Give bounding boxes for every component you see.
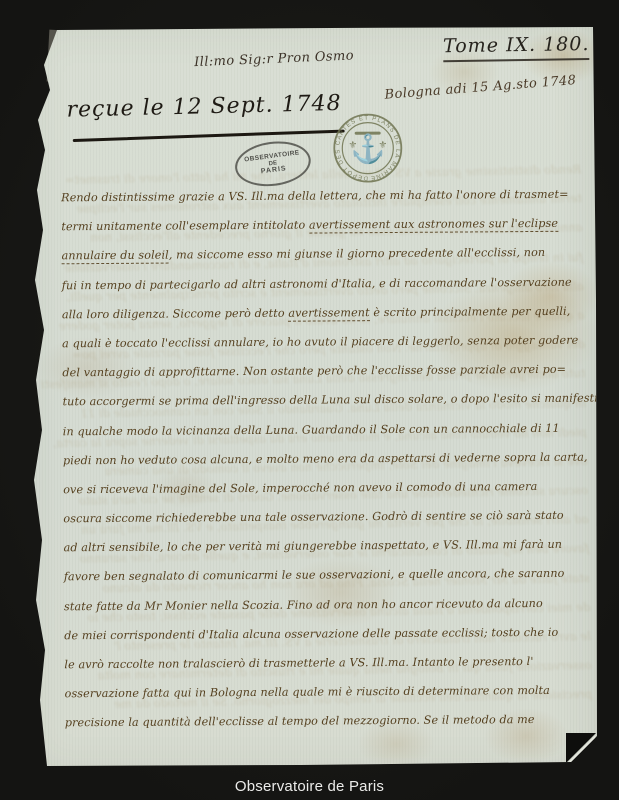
archive-caption: Observatoire de Paris <box>0 778 619 795</box>
received-note-underline <box>73 130 345 142</box>
letter-line: alla loro diligenza. Siccome però detto … <box>62 304 582 337</box>
line-text: tuto accorgermi se prima dell'ingresso d… <box>63 392 598 409</box>
line-text: osservazione fatta qui in Bologna nella … <box>65 684 550 700</box>
letter-line: annulaire du soleil, ma siccome esso mi … <box>62 246 582 279</box>
line-text: in qualche modo la vicinanza della Luna.… <box>63 421 560 437</box>
letter-line: osservazione fatta qui in Bologna nella … <box>65 684 585 717</box>
fleur-de-lis-icon: ⚜ <box>378 140 387 151</box>
letter-line: Rendo distintissime grazie a VS. Ill.ma … <box>61 188 581 221</box>
tome-folio-annotation: Tome IX. 180. <box>443 33 590 62</box>
letter-line: favore ben segnalato di comunicarmi le s… <box>64 567 584 600</box>
line-text: de miei corrispondenti d'Italia alcuna o… <box>64 626 558 642</box>
line-text: del vantaggio di approfittarne. Non osta… <box>62 363 566 380</box>
letter-line: piedi non ho veduto cosa alcuna, e molto… <box>63 450 583 483</box>
corner-fold-shadow <box>566 733 596 763</box>
line-text: alla loro diligenza. Siccome però detto <box>62 306 288 321</box>
line-text: è scrito principalmente per quelli, <box>370 304 571 318</box>
manuscript-content: Rendo distintissime grazie a VS. Ill.ma … <box>0 0 619 800</box>
marine-depot-round-stamp: DEPOT DES CARTES ET PLANS DE LA MARINE ⚓… <box>332 112 405 185</box>
letter-line: oscura siccome richiederebbe una tale os… <box>63 509 583 542</box>
line-text: ad altri sensibile, lo che per verità mi… <box>64 538 563 554</box>
letter-line: state fatte da Mr Monier nella Scozia. F… <box>64 596 584 629</box>
line-text: fui in tempo di partecigarlo ad altri as… <box>62 275 572 292</box>
letter-line: le avrò raccolte non tralascierò di tras… <box>64 655 584 688</box>
underlined-phrase: avertissement <box>288 306 369 322</box>
photo-stage: Rendo distintissime grazie a VS. Ill.ma … <box>0 0 619 800</box>
letter-line: ad altri sensibile, lo che per verità mi… <box>64 538 584 571</box>
oval-stamp-line3: PARIS <box>260 165 287 176</box>
letter-line: de miei corrispondenti d'Italia alcuna o… <box>64 625 584 658</box>
letter-line: termi unitamente coll'esemplare intitola… <box>61 217 581 250</box>
place-date-line: Bologna adi 15 Ag.sto 1748 <box>384 73 577 103</box>
letter-line: a quali è toccato l'ecclissi annulare, i… <box>62 334 582 367</box>
letter-line: tuto accorgermi se prima dell'ingresso d… <box>63 392 583 425</box>
line-text: Rendo distintissime grazie a VS. Ill.ma … <box>65 162 582 187</box>
line-text: state fatte da Mr Monier nella Scozia. F… <box>64 597 543 613</box>
line-text: termi unitamente coll'esemplare intitola… <box>61 219 309 234</box>
received-note: reçue le 12 Sept. 1748 <box>66 91 342 123</box>
underlined-phrase: avertissement aux astronomes sur l'eclip… <box>309 217 558 234</box>
manuscript-page: Rendo distintissime grazie a VS. Ill.ma … <box>0 0 619 800</box>
line-text: a quali è toccato l'ecclissi annulare, i… <box>62 334 578 351</box>
underlined-phrase: annulaire du soleil <box>62 249 169 265</box>
line-text: favore ben segnalato di comunicarmi le s… <box>64 567 565 583</box>
letter-line: in qualche modo la vicinanza della Luna.… <box>63 421 583 454</box>
observatoire-oval-stamp: OBSERVATOIRE DE PARIS <box>232 137 313 190</box>
round-stamp-graphic: DEPOT DES CARTES ET PLANS DE LA MARINE ⚓… <box>332 112 405 185</box>
letter-body: Rendo distintissime grazie a VS. Ill.ma … <box>61 188 585 746</box>
line-text: , ma siccome esso mi giunse il giorno pr… <box>169 246 545 262</box>
line-text: piedi non ho veduto cosa alcuna, e molto… <box>63 450 588 467</box>
line-text: Rendo distintissime grazie a VS. Ill.ma … <box>61 188 568 205</box>
letter-line: precisione la quantità dell'ecclisse al … <box>65 713 585 746</box>
letter-line: ove si riceveva l'imagine del Sole, impe… <box>63 480 583 513</box>
line-text: precisione la quantità dell'ecclisse al … <box>65 713 535 729</box>
fleur-de-lis-icon: ⚜ <box>348 140 357 151</box>
letter-line: fui in tempo di partecigarlo ad altri as… <box>62 275 582 308</box>
salutation-line: Ill:mo Sig:r Pron Osmo <box>194 48 354 70</box>
line-text: ove si riceveva l'imagine del Sole, impe… <box>63 480 537 496</box>
line-text: oscura siccome richiederebbe una tale os… <box>63 509 563 525</box>
line-text: le avrò raccolte non tralascierò di tras… <box>64 655 533 671</box>
letter-line: del vantaggio di approfittarne. Non osta… <box>62 363 582 396</box>
